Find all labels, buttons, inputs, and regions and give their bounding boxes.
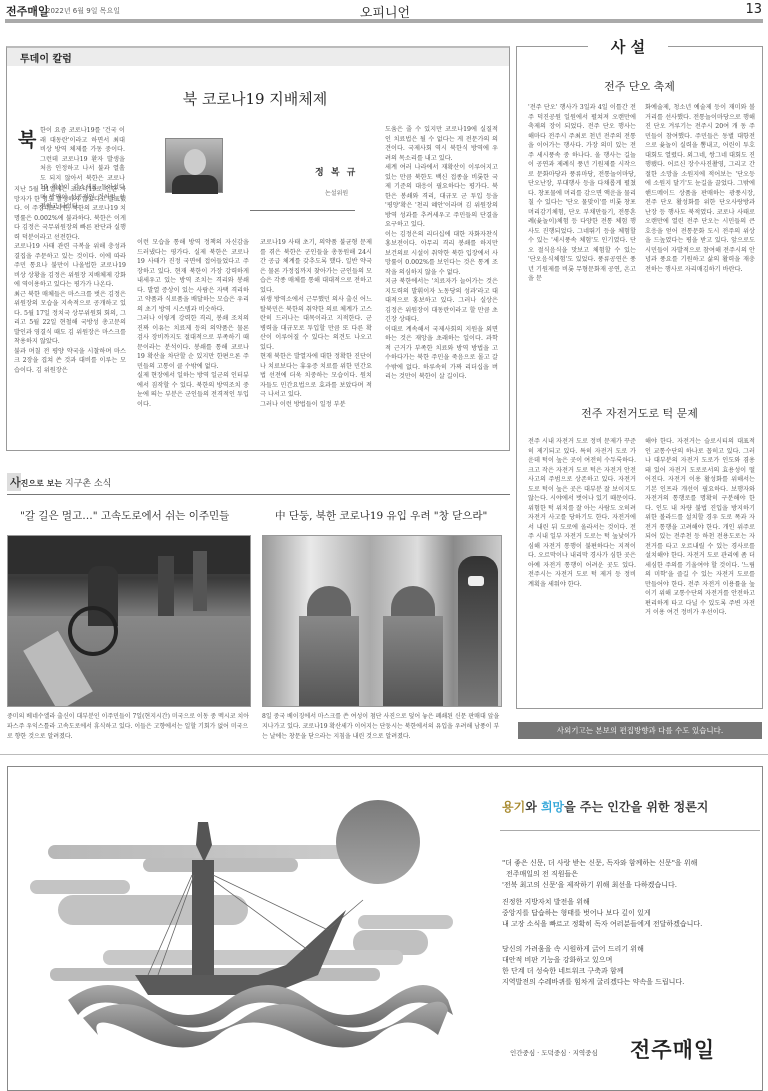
ad-paragraph-3: 당신의 가려움을 속 시원하게 긁어 드리기 위해 대안적 비판 기능을 강화하… [502, 944, 684, 988]
column-label: 투데이 칼럼 [20, 50, 72, 65]
photo-title-1: "갈 길은 멀고…" 고속도로에서 쉬는 이주민들 [20, 508, 229, 523]
column-label-bar [7, 48, 509, 66]
photo-title-2: 中 단둥, 북한 코로나19 유입 우려 "창 닫으라" [275, 508, 487, 523]
ad-motto: 인간중심 · 도덕중심 · 지역중심 [510, 1048, 598, 1057]
editorial-title-2: 전주 자전거도로 턱 문제 [516, 405, 763, 421]
editorial-2-col2: 해야 한다. 자전거는 슬로시티의 대표적인 교통수단의 하나로 꼽히고 있다.… [645, 437, 755, 702]
author-name: 정 복 규 [315, 165, 357, 178]
dropcap: 북 [18, 125, 36, 152]
paper-name: 전주매일 [6, 3, 49, 19]
author-divider [250, 210, 355, 211]
editorial-1-col1: '전주 단오' 행사가 3일과 4일 이틀간 전주 덕진공원 일원에서 펼쳐져 … [528, 103, 636, 393]
editorial-title-1: 전주 단오 축제 [516, 78, 763, 94]
ad-slogan: 용기와 희망을 주는 인간을 위한 정론지 [502, 798, 708, 815]
photo-caption-1: 중미의 베네수엘라 출신이 대부분인 이주민들이 7일(현지시간) 미국으로 이… [7, 712, 251, 742]
ad-paragraph-1: "더 좋은 신문, 더 사랑 받는 신문, 독자와 함께하는 신문"을 위해 전… [502, 858, 697, 891]
page-number: 13 [745, 2, 762, 17]
newspaper-logo: 전주매일 [630, 1034, 715, 1064]
header-divider [5, 19, 763, 23]
column-text-col2: 이런 모습을 통해 방역 정책의 자신감을 드러냈다는 평가다. 실제 북한은 … [137, 238, 249, 443]
migrants-highway-photo [7, 535, 251, 707]
photo-section-label: 사진으로 보는 지구촌 소식 [10, 474, 111, 490]
ad-slogan-divider [500, 830, 760, 831]
column-title: 북 코로나19 지배체제 [0, 88, 510, 109]
disclaimer-notice: 사외기고는 본보의 편집방향과 다를 수도 있습니다. [518, 722, 762, 739]
ship-illustration [28, 800, 468, 1060]
issue-date: 2022년 6월 9일 목요일 [46, 6, 120, 16]
author-role: 논설위원 [325, 188, 348, 197]
editorial-heading: 사 설 [590, 36, 666, 57]
editorial-top-rule-left [516, 46, 588, 47]
editorial-2-col1: 전주 시내 자전거 도로 정비 문제가 꾸준히 제기되고 있다. 특히 자전거 … [528, 437, 636, 702]
column-text-col3: 코로나19 사태 초기, 의약품 불균형 문제를 겪은 북한은 군인들을 총동원… [260, 238, 372, 443]
ad-paragraph-2: 진정한 지방자치 발전을 위해 중앙지를 답습하는 형태를 벗어나 보다 깊이 … [502, 897, 702, 930]
author-photo [165, 138, 223, 193]
beijing-masked-woman-photo [262, 535, 502, 707]
column-text-col4: 도움은 줄 수 있지만 코로나19에 실질적인 치료법은 될 수 없다는 게 전… [385, 125, 498, 443]
photo-section-divider [7, 494, 510, 495]
column-text-col1: 지난 5월 31일에는 코로나19로 인한 사망자가 한 명도 발생하지 않았다… [14, 185, 126, 375]
editorial-1-col2: 화예술제, 청소년 예술제 등이 재미와 볼거리를 선사했다. 전통놀이마당으로… [645, 103, 755, 393]
editorial-top-rule-right [668, 46, 763, 47]
ad-divider [0, 754, 768, 755]
photo-caption-2: 8일 중국 베이징에서 마스크를 쓴 여성이 첨단 사진으로 덮어 놓은 폐쇄된… [262, 712, 502, 742]
